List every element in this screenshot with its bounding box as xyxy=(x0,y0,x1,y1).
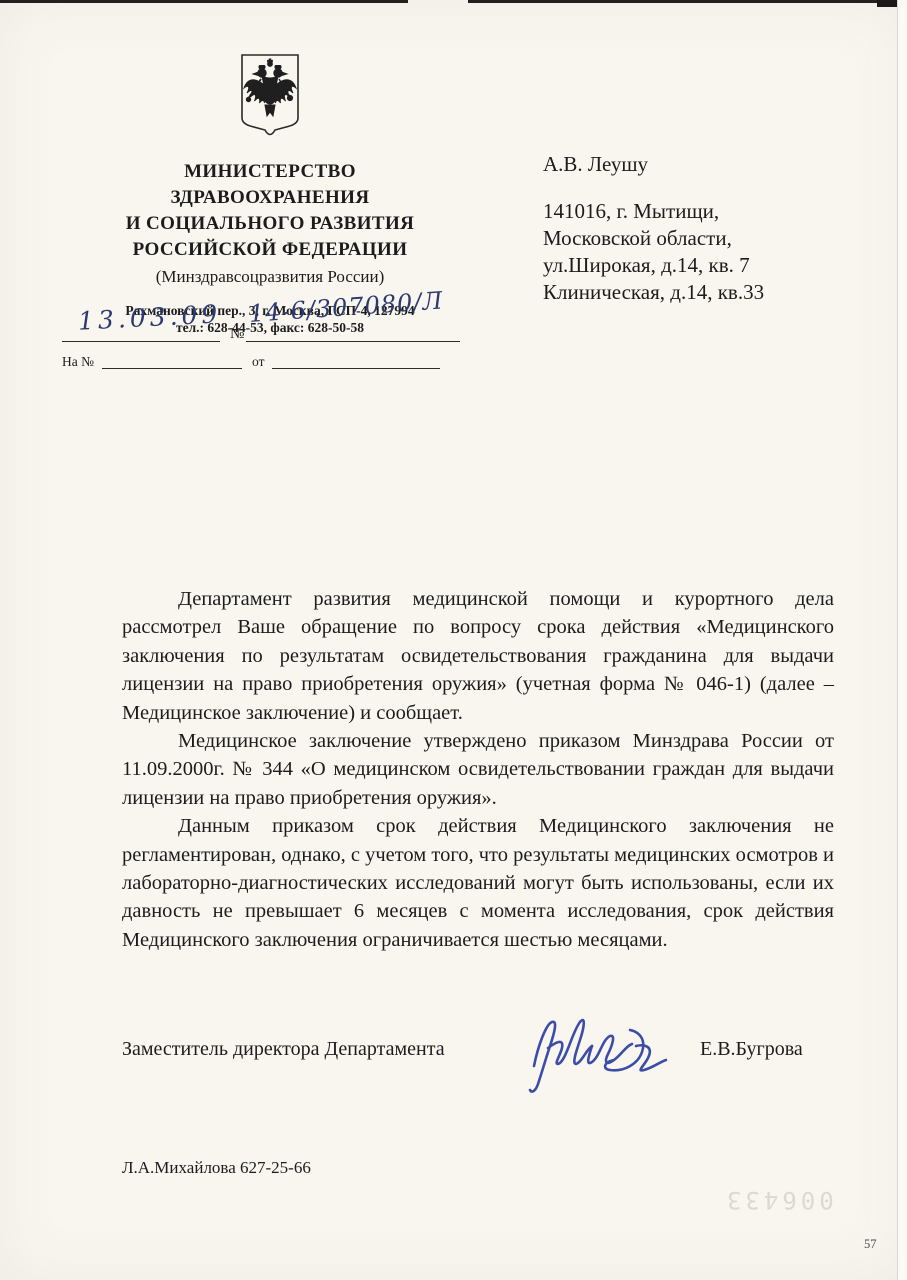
faint-stamp-number: 006433 xyxy=(723,1186,834,1214)
body-paragraph: Данным приказом срок действия Медицинско… xyxy=(122,812,834,954)
ministry-line: И СОЦИАЛЬНОГО РАЗВИТИЯ xyxy=(58,211,482,237)
ministry-line: ЗДРАВООХРАНЕНИЯ xyxy=(58,185,482,211)
number-sign: № xyxy=(230,326,244,343)
recipient-address: 141016, г. Мытищи, Московской области, у… xyxy=(543,198,764,306)
paper-edge xyxy=(897,0,907,1280)
ministry-line: МИНИСТЕРСТВО xyxy=(58,159,482,185)
signer-position-title: Заместитель директора Департамента xyxy=(122,1038,445,1061)
russia-coat-of-arms-icon xyxy=(238,52,302,149)
signer-name: Е.В.Бугрова xyxy=(700,1038,803,1061)
ministry-name: МИНИСТЕРСТВО ЗДРАВООХРАНЕНИЯ И СОЦИАЛЬНО… xyxy=(58,159,482,263)
reference-date-blank-line xyxy=(272,368,440,369)
reference-number-label: На № xyxy=(62,354,94,370)
number-blank-line xyxy=(246,341,460,342)
recipient-name: А.В. Леушу xyxy=(543,152,648,177)
recipient-address-line: ул.Широкая, д.14, кв. 7 xyxy=(543,252,764,279)
body-paragraph: Департамент развития медицинской помощи … xyxy=(122,585,834,727)
body-paragraph: Медицинское заключение утверждено приказ… xyxy=(122,727,834,812)
recipient-address-line: Московской области, xyxy=(543,225,764,252)
scan-edge-artifact xyxy=(0,0,408,3)
letter-body: Департамент развития медицинской помощи … xyxy=(122,585,834,954)
handwritten-signature-icon xyxy=(518,1002,683,1107)
recipient-address-line: Клиническая, д.14, кв.33 xyxy=(543,279,764,306)
executor-contact: Л.А.Михайлова 627-25-66 xyxy=(122,1158,311,1178)
ministry-line: РОССИЙСКОЙ ФЕДЕРАЦИИ xyxy=(58,237,482,263)
scan-edge-artifact xyxy=(468,0,888,3)
ministry-short-name: (Минздравсоцразвития России) xyxy=(58,266,482,288)
reference-from-label: от xyxy=(252,354,264,370)
page-number: 57 xyxy=(864,1237,877,1252)
date-blank-line xyxy=(62,341,220,342)
scanned-letter-page: МИНИСТЕРСТВО ЗДРАВООХРАНЕНИЯ И СОЦИАЛЬНО… xyxy=(0,0,907,1280)
recipient-address-line: 141016, г. Мытищи, xyxy=(543,198,764,225)
reference-blank-line xyxy=(102,368,242,369)
